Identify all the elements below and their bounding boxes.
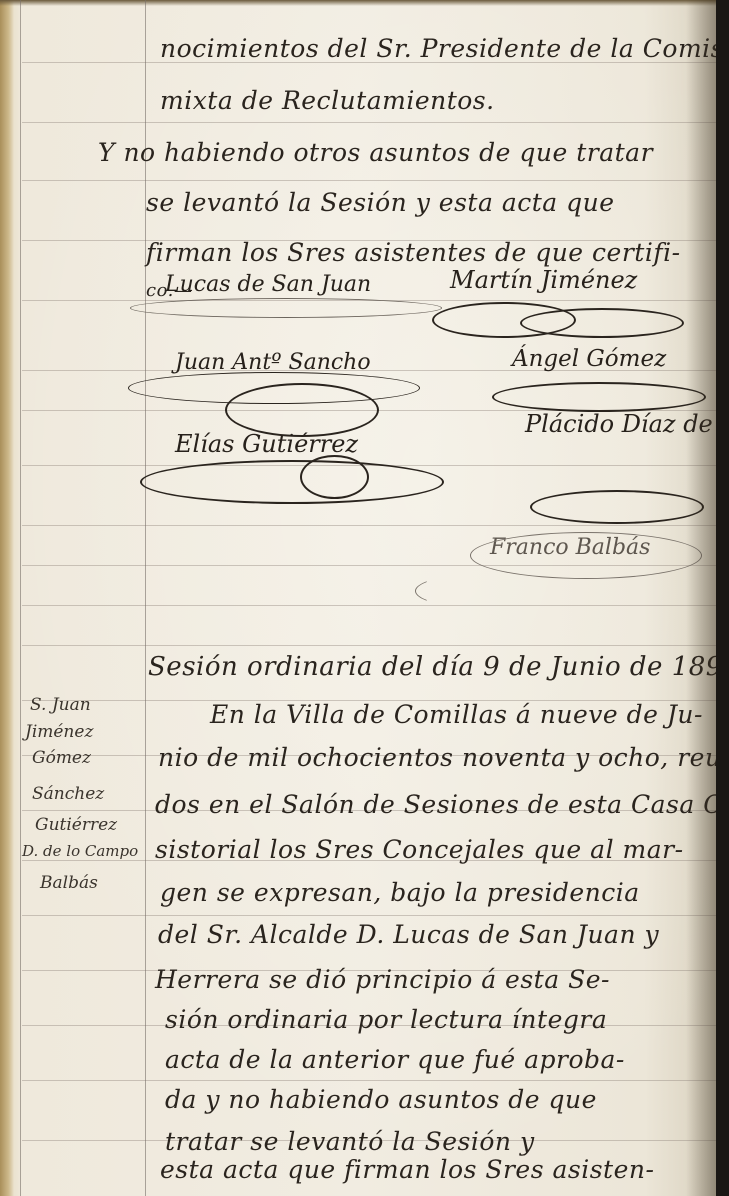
signature-placido-diaz-de-lo-campo: Plácido Díaz de lo Campo	[525, 410, 716, 438]
signature-flourish	[140, 460, 444, 504]
text-line: sión ordinaria por lectura íntegra	[165, 1005, 607, 1034]
signature-flourish	[130, 298, 442, 318]
signature-martin-jimenez: Martín Jiménez	[450, 266, 637, 294]
text-line: dos en el Salón de Sesiones de esta Casa…	[155, 790, 716, 819]
margin-attendee: Jiménez	[25, 722, 93, 742]
ruled-line	[22, 525, 716, 526]
text-line: firman los Sres asistentes de que certif…	[146, 238, 681, 267]
text-line: acta de la anterior que fué aproba-	[165, 1045, 625, 1074]
signature-flourish	[530, 490, 704, 524]
text-line: del Sr. Alcalde D. Lucas de San Juan y	[158, 920, 659, 949]
signature-flourish	[415, 570, 617, 612]
text-line: esta acta que firman los Sres asisten-	[160, 1155, 654, 1184]
ruled-line	[22, 645, 716, 646]
signature-flourish	[492, 382, 706, 412]
text-line: Y no habiendo otros asuntos de que trata…	[98, 138, 653, 167]
signature-flourish	[128, 372, 420, 404]
text-line: En la Villa de Comillas á nueve de Ju-	[210, 700, 703, 729]
text-line: nio de mil ochocientos noventa y ocho, r…	[158, 743, 716, 772]
ruled-line	[22, 1080, 716, 1081]
margin-attendee: Balbás	[40, 873, 98, 893]
inner-margin-line	[145, 0, 146, 1196]
margin-attendee: Gutiérrez	[35, 815, 117, 835]
signature-lucas-de-san-juan: Lucas de San Juan	[165, 272, 371, 297]
margin-attendee: S. Juan	[30, 695, 91, 715]
outer-margin-line	[20, 0, 21, 1196]
ruled-line	[22, 605, 716, 606]
margin-attendee: D. de lo Campo	[22, 842, 138, 860]
margin-attendee: Sánchez	[32, 784, 104, 804]
signature-flourish	[520, 308, 684, 338]
margin-attendee: Gómez	[32, 748, 91, 768]
page-top-edge	[0, 0, 716, 6]
text-line: gen se expresan, bajo la presidencia	[160, 878, 640, 907]
text-line: Herrera se dió principio á esta Se-	[155, 965, 610, 994]
text-line: mixta de Reclutamientos.	[160, 86, 495, 115]
text-line: nocimientos del Sr. Presidente de la Com…	[160, 34, 716, 63]
document-page: nocimientos del Sr. Presidente de la Com…	[0, 0, 716, 1196]
text-line: tratar se levantó la Sesión y	[165, 1127, 535, 1156]
signature-elias-gutierrez: Elías Gutiérrez	[175, 430, 358, 458]
session-heading: Sesión ordinaria del día 9 de Junio de 1…	[148, 652, 716, 682]
ruled-line	[22, 915, 716, 916]
signature-angel-gomez: Ángel Gómez	[512, 346, 666, 372]
text-line: sistorial los Sres Concejales que al mar…	[155, 835, 684, 864]
text-line: da y no habiendo asuntos de que	[165, 1085, 597, 1114]
ruled-line	[22, 180, 716, 181]
ruled-line	[22, 122, 716, 123]
signature-flourish	[300, 455, 369, 499]
text-line: se levantó la Sesión y esta acta que	[146, 188, 615, 217]
